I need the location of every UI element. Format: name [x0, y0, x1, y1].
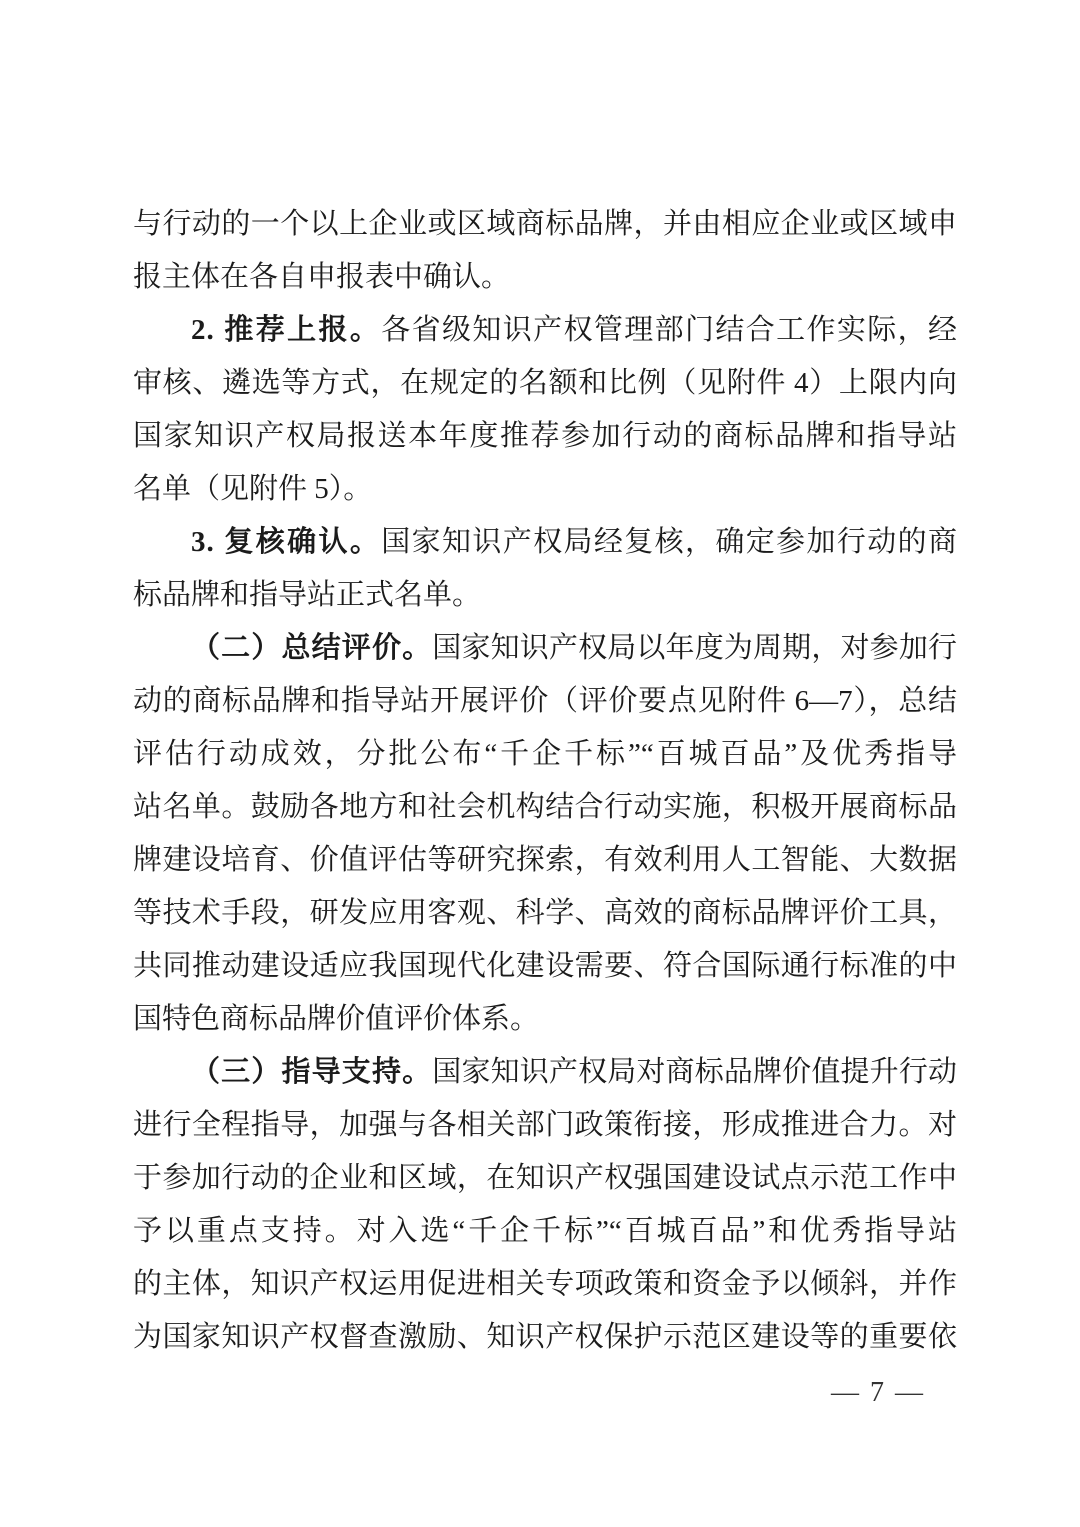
- text-line: 站名单。鼓励各地方和社会机构结合行动实施，积极开展商标品: [133, 781, 957, 834]
- text-line: 于参加行动的企业和区域，在知识产权强国建设试点示范工作中: [133, 1152, 957, 1205]
- text-line: 名单（见附件 5）。: [133, 463, 957, 516]
- paragraph-heading: 2. 推荐上报。: [191, 314, 381, 346]
- text-line: 与行动的一个以上企业或区域商标品牌，并由相应企业或区域申: [133, 198, 957, 251]
- document-page: 与行动的一个以上企业或区域商标品牌，并由相应企业或区域申 报主体在各自申报表中确…: [0, 0, 1080, 1527]
- paragraph-text: 国家知识产权局以年度为周期，对参加行: [432, 632, 957, 664]
- text-line: 标品牌和指导站正式名单。: [133, 569, 957, 622]
- paragraph-text: 各省级知识产权管理部门结合工作实际，经: [381, 314, 957, 346]
- text-line: 共同推动建设适应我国现代化建设需要、符合国际通行标准的中: [133, 940, 957, 993]
- text-line: 报主体在各自申报表中确认。: [133, 251, 957, 304]
- text-line: 审核、遴选等方式，在规定的名额和比例（见附件 4）上限内向: [133, 357, 957, 410]
- text-line: 的主体，知识产权运用促进相关专项政策和资金予以倾斜，并作: [133, 1258, 957, 1311]
- text-line: （二）总结评价。国家知识产权局以年度为周期，对参加行: [133, 622, 957, 675]
- paragraph-heading: （三）指导支持。: [191, 1056, 432, 1088]
- paragraph-text: 国家知识产权局对商标品牌价值提升行动: [432, 1056, 957, 1088]
- text-line: （三）指导支持。国家知识产权局对商标品牌价值提升行动: [133, 1046, 957, 1099]
- text-line: 国家知识产权局报送本年度推荐参加行动的商标品牌和指导站: [133, 410, 957, 463]
- text-line: 牌建设培育、价值评估等研究探索，有效利用人工智能、大数据: [133, 834, 957, 887]
- paragraph-heading: 3. 复核确认。: [191, 526, 381, 558]
- text-line: 进行全程指导，加强与各相关部门政策衔接，形成推进合力。对: [133, 1099, 957, 1152]
- page-number: — 7 —: [831, 1377, 925, 1409]
- text-line: 等技术手段，研发应用客观、科学、高效的商标品牌评价工具，: [133, 887, 957, 940]
- paragraph-heading: （二）总结评价。: [191, 632, 432, 664]
- text-line: 3. 复核确认。国家知识产权局经复核，确定参加行动的商: [133, 516, 957, 569]
- paragraph-text: 国家知识产权局经复核，确定参加行动的商: [381, 526, 957, 558]
- text-line: 动的商标品牌和指导站开展评价（评价要点见附件 6—7），总结: [133, 675, 957, 728]
- text-line: 2. 推荐上报。各省级知识产权管理部门结合工作实际，经: [133, 304, 957, 357]
- text-line: 予以重点支持。对入选“千企千标”“百城百品”和优秀指导站: [133, 1205, 957, 1258]
- text-line: 评估行动成效，分批公布“千企千标”“百城百品”及优秀指导: [133, 728, 957, 781]
- text-line: 为国家知识产权督查激励、知识产权保护示范区建设等的重要依: [133, 1311, 957, 1364]
- text-block: 与行动的一个以上企业或区域商标品牌，并由相应企业或区域申 报主体在各自申报表中确…: [133, 198, 957, 1364]
- text-line: 国特色商标品牌价值评价体系。: [133, 993, 957, 1046]
